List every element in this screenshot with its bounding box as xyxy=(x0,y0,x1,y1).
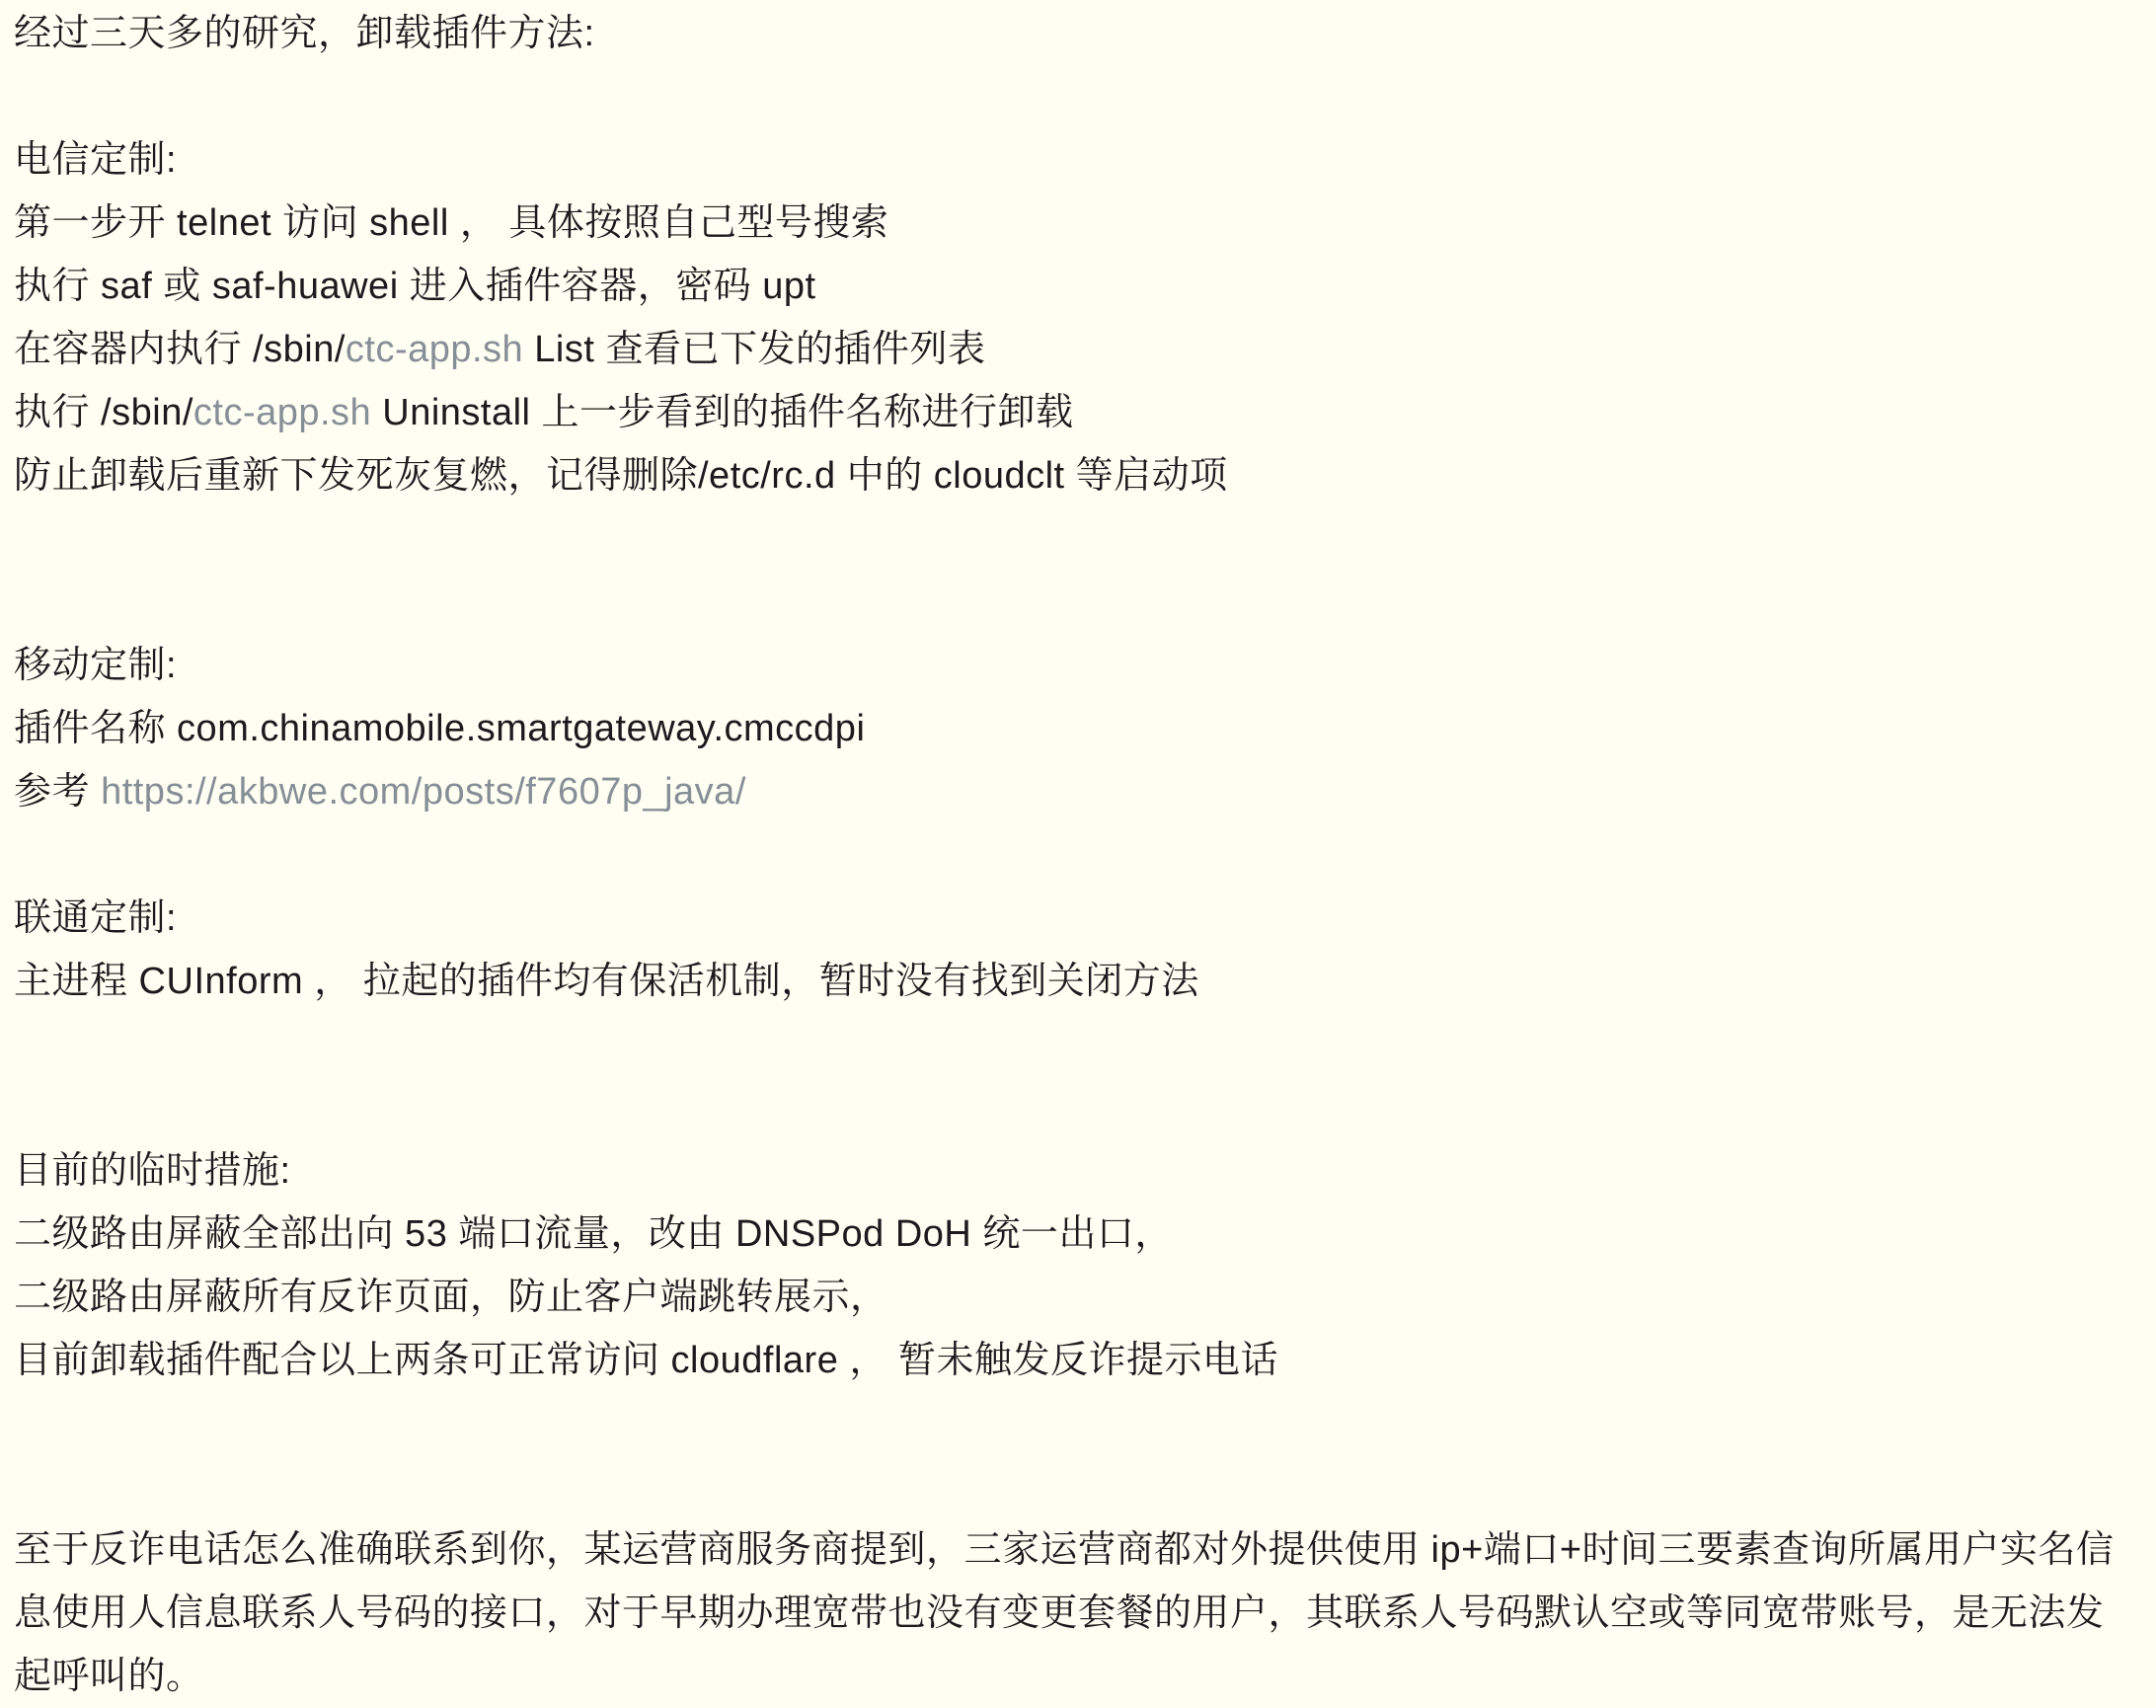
measure-1: 二级路由屏蔽全部出向 53 端口流量，改由 DNSPod DoH 统一出口， xyxy=(14,1203,2140,1266)
blank-line xyxy=(14,507,2140,571)
text-segment: 二级路由屏蔽所有反诈页面，防止客户端跳转展示， xyxy=(14,1277,888,1318)
text-segment: 联通定制: xyxy=(14,897,177,939)
text-segment: 在容器内执行 /sbin/ xyxy=(14,329,346,370)
blank-line xyxy=(14,1455,2140,1518)
text-segment: 电信定制: xyxy=(14,139,177,181)
text-segment: 移动定制: xyxy=(14,645,177,686)
text-segment: 参考 xyxy=(14,771,101,813)
post-body: 经过三天多的研究，卸载插件方法:电信定制:第一步开 telnet 访问 shel… xyxy=(0,0,2156,1708)
blank-line xyxy=(14,1013,2140,1076)
text-segment: 防止卸载后重新下发死灰复燃，记得删除/etc/rc.d 中的 cloudclt … xyxy=(14,455,1228,497)
telecom-section-heading: 电信定制: xyxy=(14,128,2140,192)
text-segment: 目前的临时措施: xyxy=(14,1150,291,1192)
blank-line xyxy=(14,823,2140,887)
measure-3: 目前卸载插件配合以上两条可正常访问 cloudflare ， 暂未触发反诈提示电… xyxy=(14,1329,2140,1392)
intro-line: 经过三天多的研究，卸载插件方法: xyxy=(14,2,2140,65)
ctc-app-sh-uninstall-link[interactable]: ctc-app.sh xyxy=(193,392,371,433)
text-segment: 执行 /sbin/ xyxy=(14,392,193,433)
reference-url-link[interactable]: https://akbwe.com/posts/f7607p_java/ xyxy=(101,771,746,813)
telecom-step-5: 防止卸载后重新下发死灰复燃，记得删除/etc/rc.d 中的 cloudclt … xyxy=(14,444,2140,507)
mobile-reference: 参考 https://akbwe.com/posts/f7607p_java/ xyxy=(14,760,2140,823)
text-segment: Uninstall 上一步看到的插件名称进行卸载 xyxy=(371,392,1073,433)
page: { "page": { "background_color": "#FFFEF2… xyxy=(0,0,2156,1708)
mobile-section-heading: 移动定制: xyxy=(14,634,2140,697)
text-segment: 至于反诈电话怎么准确联系到你，某运营商服务商提到，三家运营商都对外提供使用 ip… xyxy=(14,1529,2115,1697)
unicom-section-heading: 联通定制: xyxy=(14,887,2140,950)
text-segment: 二级路由屏蔽全部出向 53 端口流量，改由 DNSPod DoH 统一出口， xyxy=(14,1213,1173,1255)
telecom-step-3: 在容器内执行 /sbin/ctc-app.sh List 查看已下发的插件列表 xyxy=(14,318,2140,381)
closing-paragraph: 至于反诈电话怎么准确联系到你，某运营商服务商提到，三家运营商都对外提供使用 ip… xyxy=(14,1518,2140,1708)
text-segment: 插件名称 com.chinamobile.smartgateway.cmccdp… xyxy=(14,708,865,749)
telecom-step-1: 第一步开 telnet 访问 shell ， 具体按照自己型号搜索 xyxy=(14,192,2140,255)
blank-line xyxy=(14,1392,2140,1455)
blank-line xyxy=(14,65,2140,128)
text-segment: 目前卸载插件配合以上两条可正常访问 cloudflare ， 暂未触发反诈提示电… xyxy=(14,1340,1278,1381)
mobile-plugin-name: 插件名称 com.chinamobile.smartgateway.cmccdp… xyxy=(14,697,2140,760)
text-segment: 主进程 CUInform ， 拉起的插件均有保活机制，暂时没有找到关闭方法 xyxy=(14,961,1199,1002)
blank-line xyxy=(14,571,2140,634)
telecom-step-2: 执行 saf 或 saf-huawei 进入插件容器，密码 upt xyxy=(14,255,2140,318)
text-segment: 执行 saf 或 saf-huawei 进入插件容器，密码 upt xyxy=(14,266,816,307)
temporary-measures-heading: 目前的临时措施: xyxy=(14,1139,2140,1203)
blank-line xyxy=(14,1076,2140,1139)
ctc-app-sh-list-link[interactable]: ctc-app.sh xyxy=(346,329,523,370)
text-segment: List 查看已下发的插件列表 xyxy=(523,329,985,370)
text-segment: 第一步开 telnet 访问 shell ， 具体按照自己型号搜索 xyxy=(14,202,888,244)
unicom-detail: 主进程 CUInform ， 拉起的插件均有保活机制，暂时没有找到关闭方法 xyxy=(14,950,2140,1013)
text-segment: 经过三天多的研究，卸载插件方法: xyxy=(14,13,595,54)
measure-2: 二级路由屏蔽所有反诈页面，防止客户端跳转展示， xyxy=(14,1266,2140,1329)
telecom-step-4: 执行 /sbin/ctc-app.sh Uninstall 上一步看到的插件名称… xyxy=(14,381,2140,444)
